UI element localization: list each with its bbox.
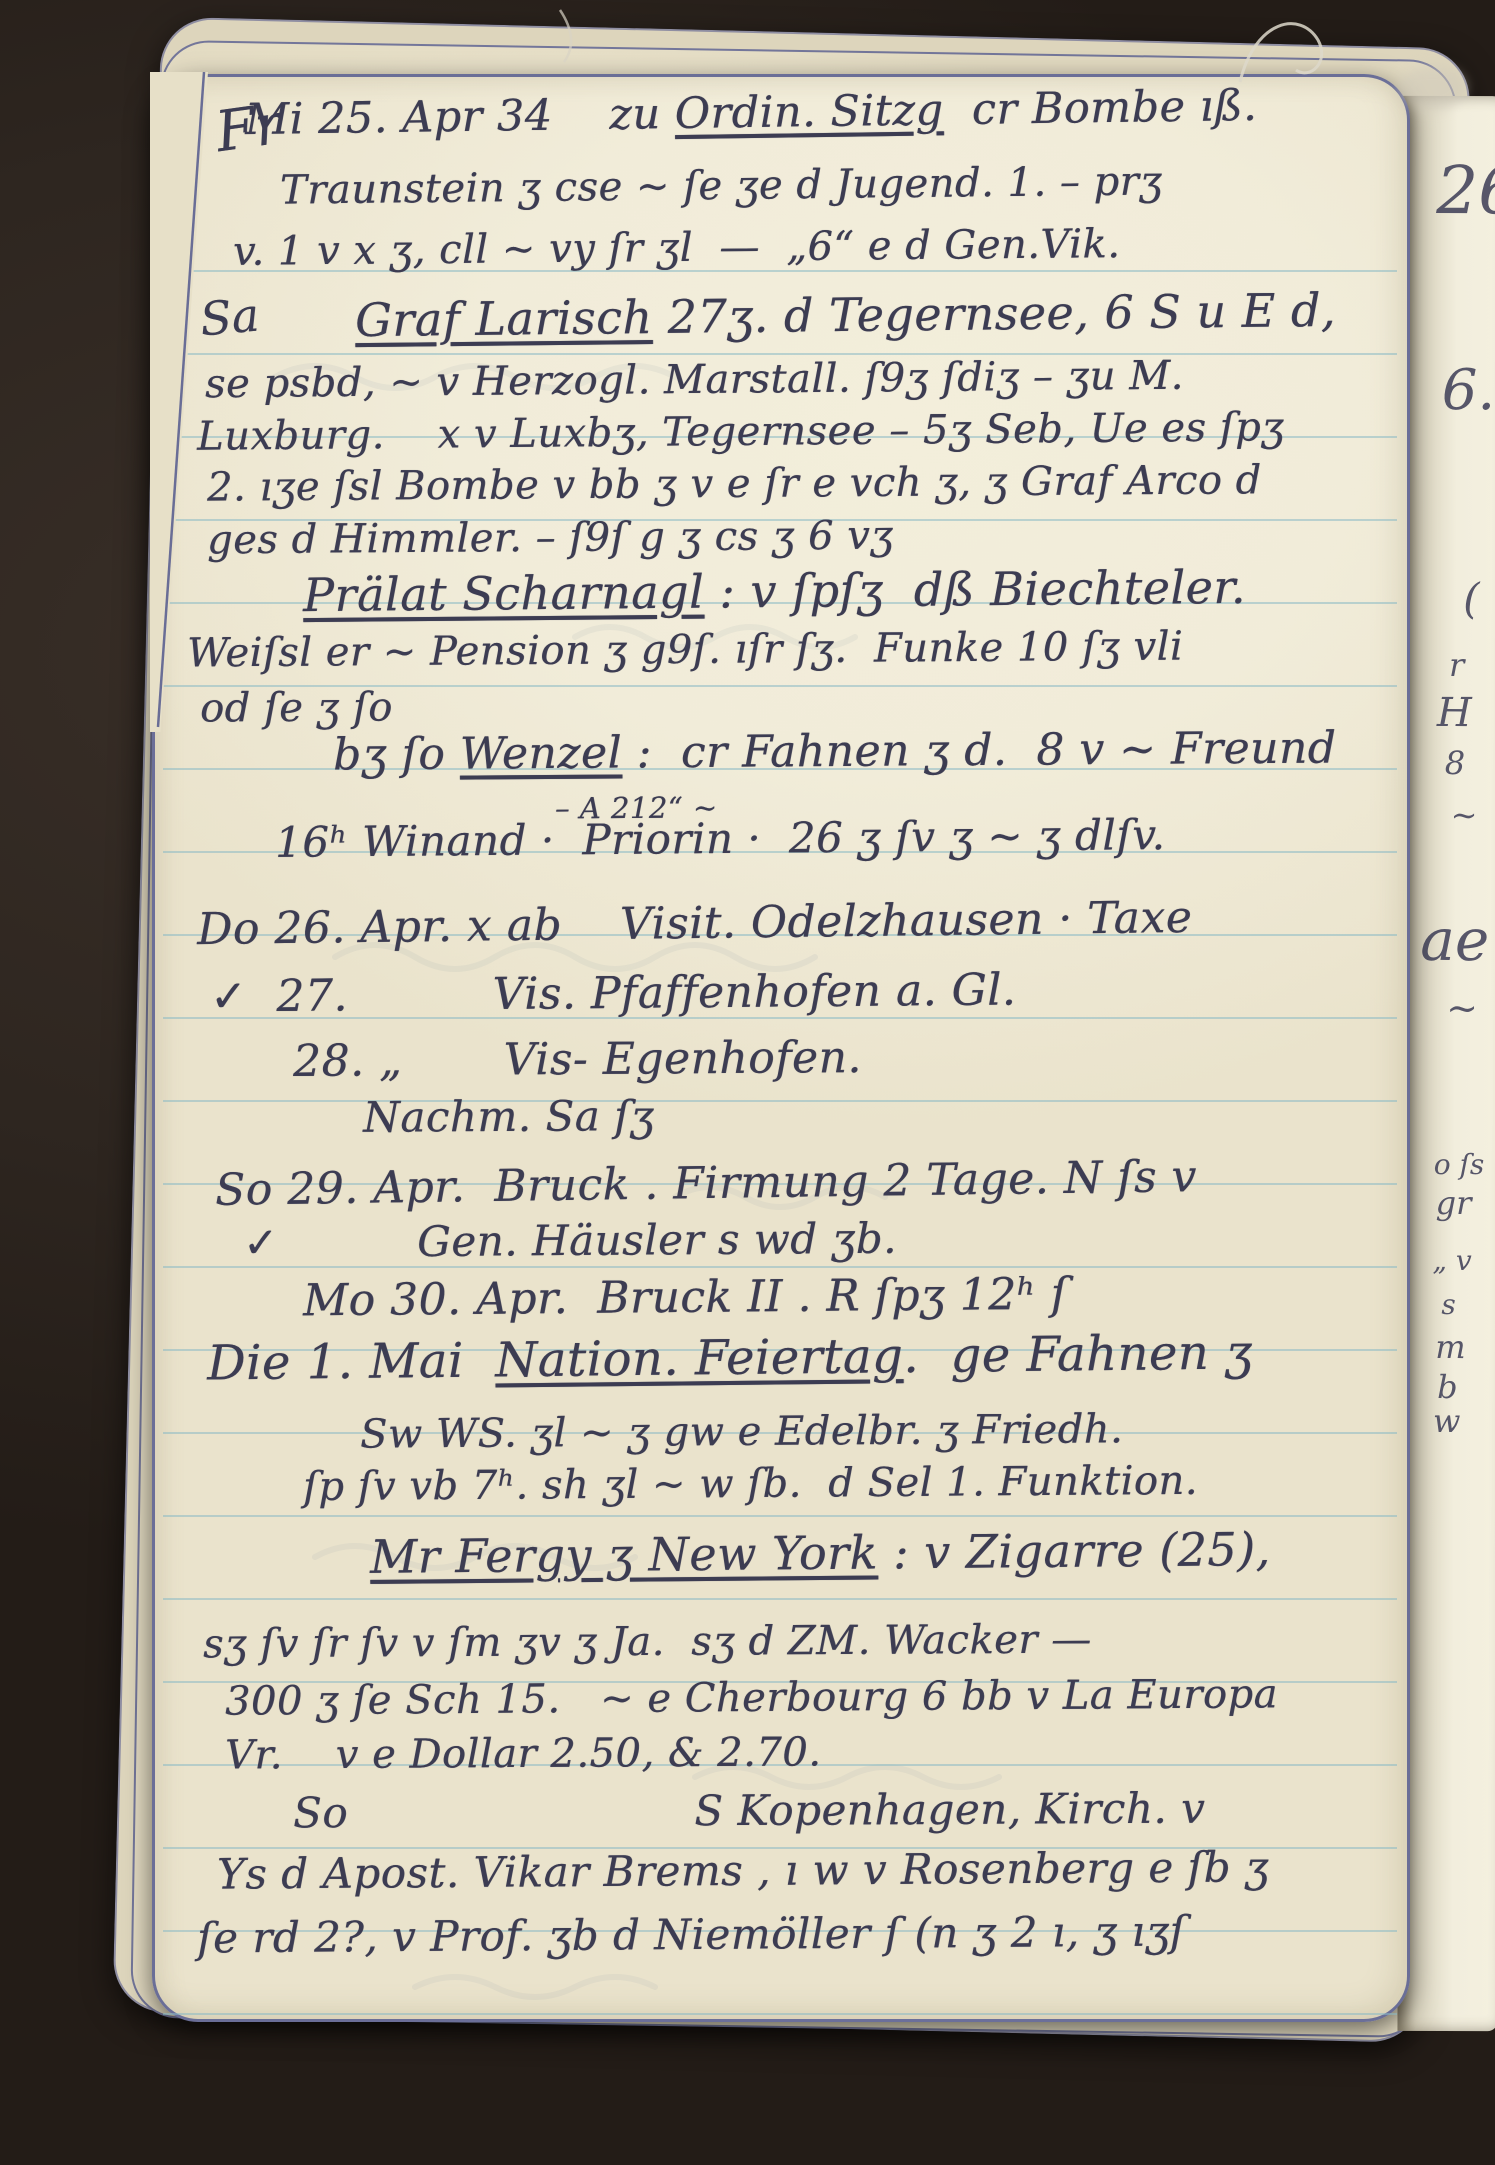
facing-page-fragment: gr bbox=[1436, 1184, 1472, 1222]
handwriting-line: ges d Himmler. – ſ9ſ g ʒ cs ʒ 6 vʒ bbox=[207, 515, 894, 562]
handwriting-line: Do 26. Apr. x ab Visit. Odelzhausen · Ta… bbox=[197, 895, 1193, 953]
ruled-line bbox=[163, 353, 1397, 355]
handwriting-line: Die 1. Mai Nation. Feiertag. ge Fahnen ʒ bbox=[207, 1328, 1253, 1389]
facing-page-fragment: 6. bbox=[1442, 358, 1495, 423]
facing-page-fragment: ~ bbox=[1451, 796, 1478, 834]
handwriting-segment: . ge Fahnen ʒ bbox=[903, 1325, 1253, 1385]
underlined-heading: Nation. Feiertag bbox=[495, 1328, 904, 1388]
handwriting-line: Traunstein ʒ cse ~ ſe ʒe d Jugend. 1. – … bbox=[280, 160, 1163, 211]
handwriting-segment: Mi 25. Apr 34 zu bbox=[245, 89, 675, 145]
underlined-heading: Wenzel bbox=[460, 727, 623, 779]
underlined-heading: Ordin. Sitzg bbox=[674, 85, 943, 139]
handwriting-line: se psbd, ~ v Herzogl. Marstall. ſ9ʒ ſdiʒ… bbox=[205, 355, 1184, 406]
handwriting-line: Luxburg. x v Luxbʒ, Tegernsee – 5ʒ Seb, … bbox=[197, 406, 1285, 457]
handwriting-line: So 29. Apr. Bruck . Firmung 2 Tage. N ſs… bbox=[215, 1154, 1197, 1214]
handwriting-line: ſe rd 2?, v Prof. ʒb d Niemöller ſ (n ʒ … bbox=[197, 1910, 1186, 1961]
facing-page-fragment: ~ bbox=[1446, 986, 1478, 1030]
facing-page-fragment: 8 bbox=[1445, 744, 1465, 782]
handwriting-segment: 27ʒ. d Tegernsee, 6 S u E d, bbox=[652, 283, 1336, 344]
handwriting-line: Mr Fergy ʒ New York : v Zigarre (25), bbox=[370, 1525, 1271, 1581]
handwriting-line: ✓ 27. Vis. Pfaffenhofen a. Gl. bbox=[210, 967, 1017, 1020]
photographed-notebook-scan: 266.(rH8~ae~o ſsgr„ vsmbw Mi 25. Apr 34 … bbox=[0, 0, 1495, 2165]
facing-page-fragment: 26 bbox=[1436, 152, 1495, 229]
handwriting-line: ſp ſv vb 7ʰ. sh ʒl ~ w ſb. d Sel 1. Funk… bbox=[303, 1460, 1198, 1508]
facing-page-fragment: b bbox=[1437, 1368, 1458, 1406]
handwriting-segment: : v Zigarre (25), bbox=[878, 1522, 1271, 1579]
handwriting-line: Ys d Apost. Vikar Brems , ı w v Rosenber… bbox=[217, 1845, 1269, 1896]
facing-page-fragment: r bbox=[1449, 646, 1464, 684]
handwriting-segment: bʒ ſo bbox=[333, 729, 460, 781]
handwriting-line: od ſe ʒ ſo bbox=[200, 686, 393, 729]
underlined-heading: Graf Larisch bbox=[355, 290, 653, 347]
handwriting-line: Graf Larisch 27ʒ. d Tegernsee, 6 S u E d… bbox=[355, 286, 1336, 345]
ruled-line bbox=[163, 1598, 1397, 1600]
handwriting-segment: : cr Fahnen ʒ d. 8 v ~ Freund bbox=[622, 722, 1337, 778]
facing-page-fragment: w bbox=[1433, 1402, 1460, 1440]
ruled-line bbox=[163, 1515, 1397, 1517]
handwriting-segment: Die 1. Mai bbox=[207, 1332, 496, 1391]
handwriting-segment: cr Bombe ıß. bbox=[943, 81, 1257, 135]
handwriting-line: Prälat Scharnagl : v ſpſʒ dß Biechteler. bbox=[303, 563, 1246, 620]
facing-page-fragment: m bbox=[1435, 1328, 1465, 1366]
facing-page-fragment: o ſs bbox=[1434, 1148, 1485, 1181]
handwriting-line: So S Kopenhagen, Kirch. v bbox=[293, 1787, 1205, 1836]
facing-page-fragment: ae bbox=[1420, 906, 1489, 974]
underlined-heading: Mr Fergy ʒ New York bbox=[370, 1525, 878, 1583]
handwriting-line: 16ʰ Winand · Priorin · 26 ʒ ſv ʒ ~ ʒ dlſ… bbox=[275, 813, 1166, 865]
ruled-line bbox=[163, 1100, 1397, 1102]
handwriting-line: Sw WS. ʒl ~ ʒ gw e Edelbr. ʒ Friedh. bbox=[360, 1408, 1123, 1455]
handwriting-segment: : v ſpſʒ dß Biechteler. bbox=[704, 560, 1246, 619]
handwriting-line: ✓ Gen. Häusler s wd ʒb. bbox=[243, 1217, 897, 1266]
margin-weekday-label: Fr bbox=[212, 92, 286, 166]
handwriting-line: Mi 25. Apr 34 zu Ordin. Sitzg cr Bombe ı… bbox=[245, 84, 1258, 143]
underlined-heading: Prälat Scharnagl bbox=[303, 565, 705, 622]
ruled-line bbox=[163, 2013, 1397, 2015]
handwriting-line: Mo 30. Apr. Bruck II . R ſpʒ 12ʰ ſ bbox=[303, 1272, 1068, 1325]
handwriting-line: Nachm. Sa ſʒ bbox=[363, 1094, 655, 1140]
handwriting-line: Weiſsl er ~ Pension ʒ g9ſ. ıſr ſʒ. Funke… bbox=[187, 626, 1183, 675]
facing-page-fragment: H bbox=[1437, 690, 1472, 736]
facing-page-fragment: „ v bbox=[1432, 1244, 1471, 1277]
handwriting-line: 28. „ Vis- Egenhofen. bbox=[293, 1035, 862, 1085]
handwriting-line: 2. ıʒe ſsl Bombe v bb ʒ v e ſr e vch ʒ, … bbox=[207, 459, 1262, 508]
margin-weekday-label: Sa bbox=[198, 288, 261, 347]
facing-page-fragment: ( bbox=[1463, 574, 1480, 623]
handwriting-line: Vr. v e Dollar 2.50, & 2.70. bbox=[225, 1731, 822, 1776]
handwriting-line: sʒ ſv ſr ſv v ſm ʒv ʒ Ja. sʒ d ZM. Wacke… bbox=[203, 1619, 1092, 1666]
facing-page-edge: 266.(rH8~ae~o ſsgr„ vsmbw bbox=[1397, 96, 1495, 2031]
handwriting-line: v. 1 v x ʒ, cll ~ vy ſr ʒl — „6“ e d Gen… bbox=[233, 223, 1121, 273]
facing-page-fragment: s bbox=[1441, 1288, 1455, 1321]
handwriting-line: 300 ʒ ſe Sch 15. ~ e Cherbourg 6 bb v La… bbox=[225, 1673, 1278, 1722]
diary-page: Mi 25. Apr 34 zu Ordin. Sitzg cr Bombe ı… bbox=[152, 74, 1410, 2022]
handwriting-line: bʒ ſo Wenzel : cr Fahnen ʒ d. 8 v ~ Freu… bbox=[333, 725, 1337, 778]
